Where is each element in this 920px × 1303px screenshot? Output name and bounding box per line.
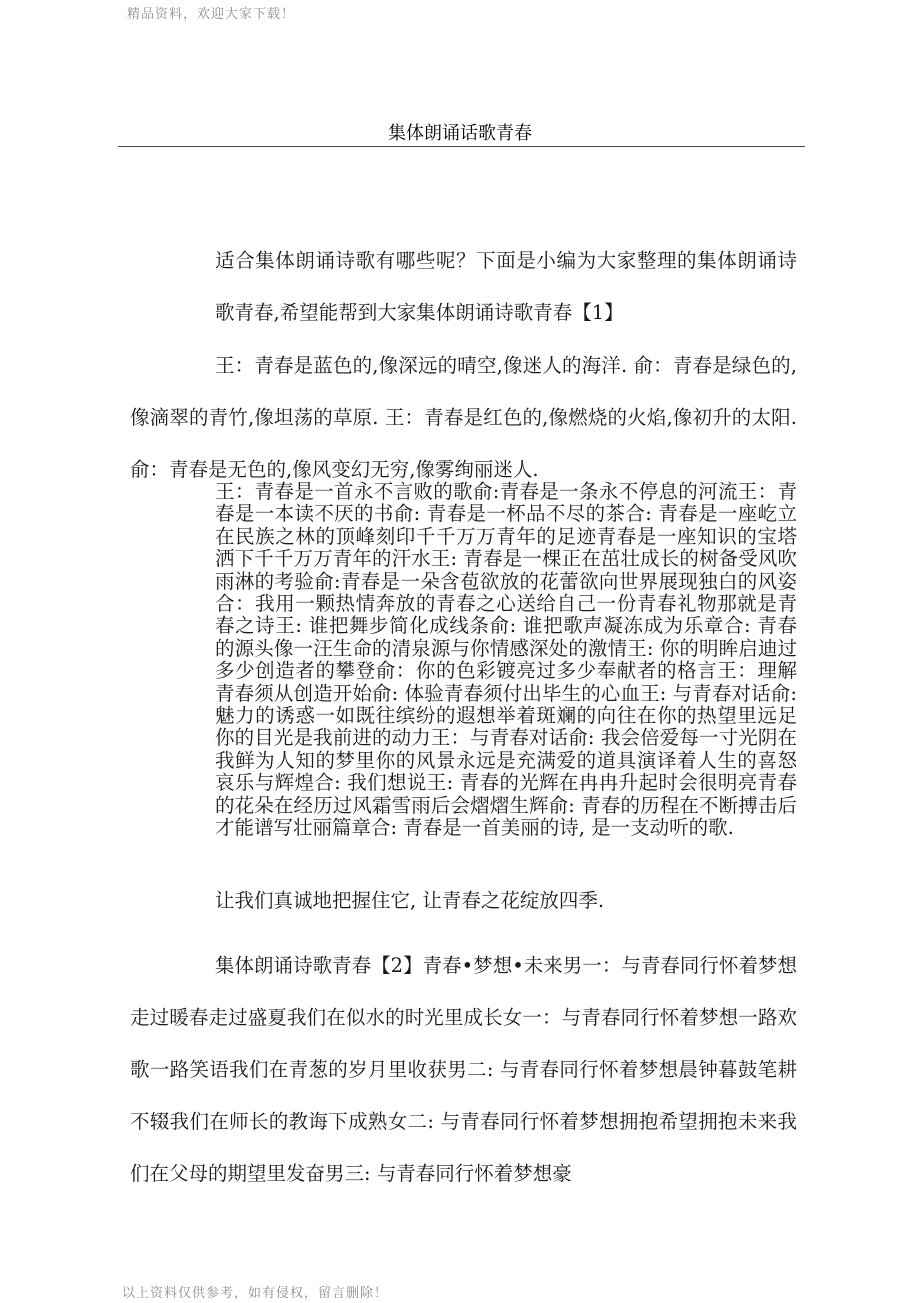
- verse-paragraph-colors: 王：青春是蓝色的,像深远的晴空,像迷人的海洋. 俞：青春是绿色的,像滴翠的青竹,…: [130, 340, 797, 496]
- footer-note: 以上资料仅供参考，如有侵权，留言删除！: [122, 1282, 388, 1301]
- document-page: 精品资料，欢迎大家下载！ 集体朗诵话歌青春 适合集体朗诵诗歌有哪些呢？下面是小编…: [0, 0, 920, 1303]
- section2-paragraph: 集体朗诵诗歌青春【2】青春•梦想•未来男一：与青春同行怀着梦想走过暖春走过盛夏我…: [130, 940, 797, 1200]
- verse-paragraph-dense: 王：青春是一首永不言败的歌俞:青春是一条永不停息的河流王：青春是一本读不厌的书俞…: [215, 481, 797, 840]
- title-divider: [118, 146, 805, 147]
- page-title: 集体朗诵话歌青春: [0, 119, 920, 145]
- header-note: 精品资料，欢迎大家下载！: [127, 3, 295, 22]
- closing-line: 让我们真诚地把握住它, 让青春之花绽放四季.: [215, 875, 797, 927]
- intro-paragraph: 适合集体朗诵诗歌有哪些呢？下面是小编为大家整理的集体朗诵诗歌青春,希望能帮到大家…: [215, 235, 797, 339]
